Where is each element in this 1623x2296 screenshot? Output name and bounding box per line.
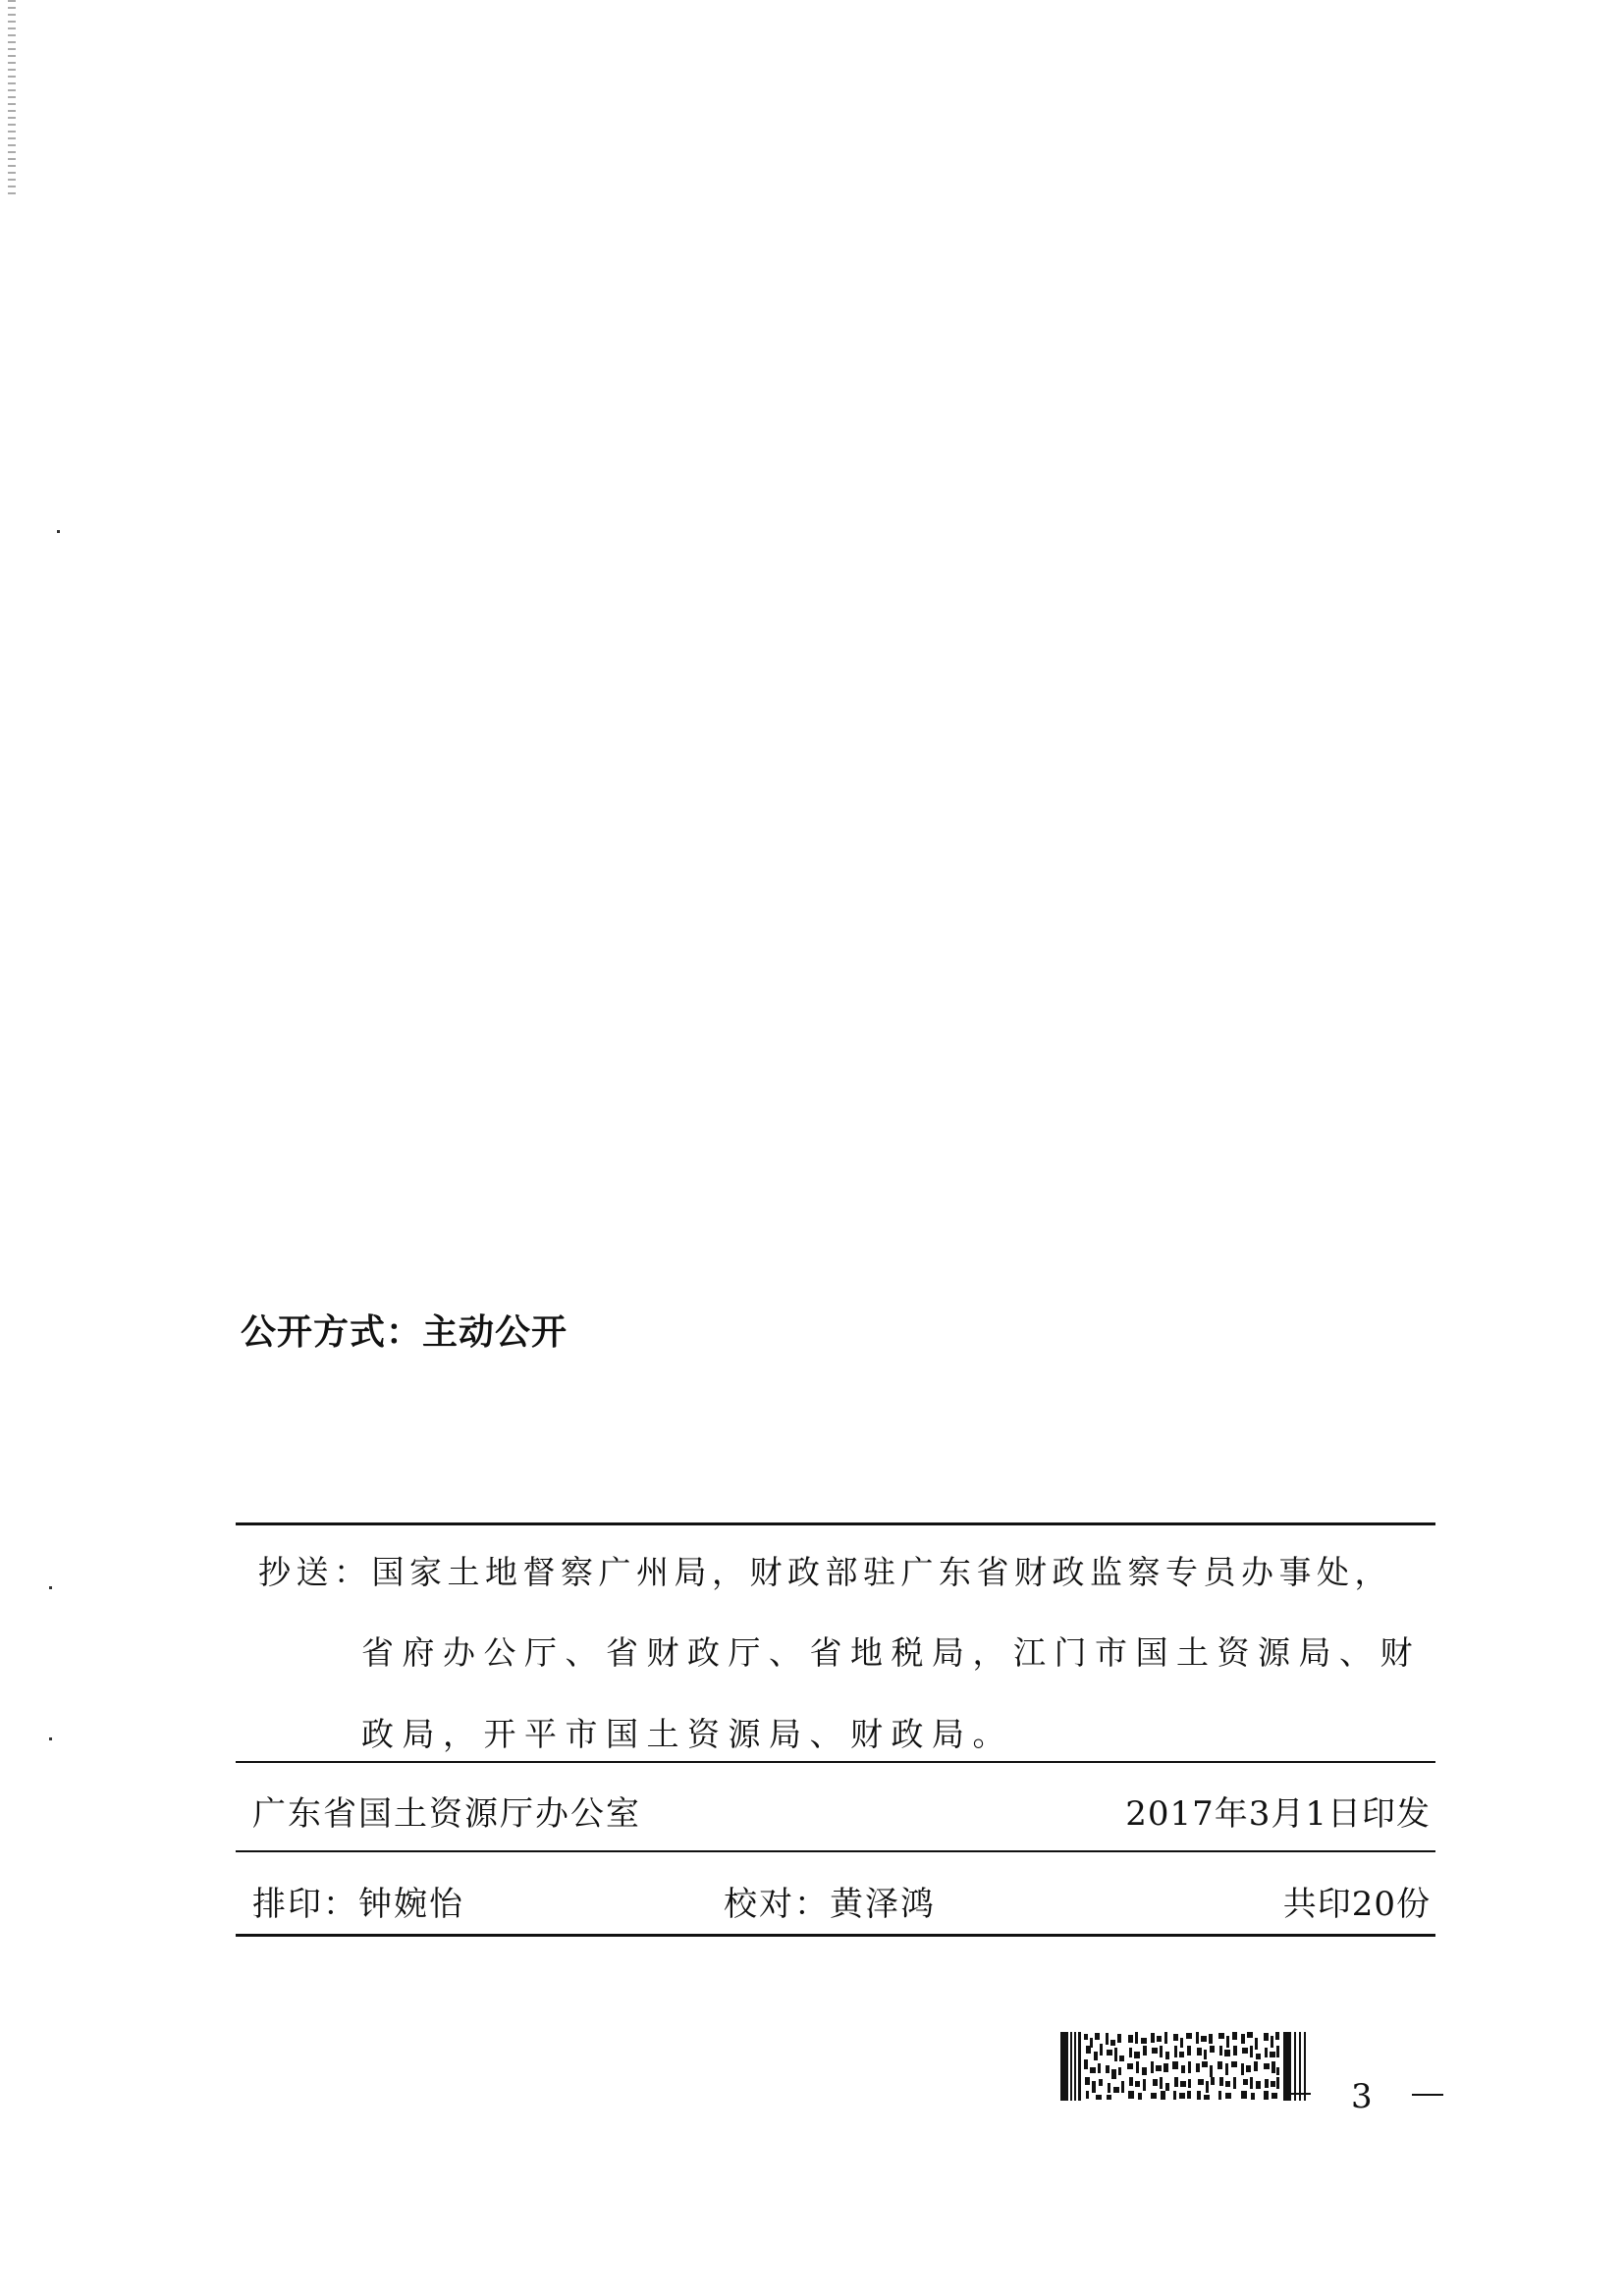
divider-cc-bottom <box>236 1761 1435 1763</box>
issuance-row: 广东省国土资源厅办公室 2017年3月1日印发 <box>252 1792 1431 1836</box>
typesetter: 排印：钟婉怡 <box>252 1883 464 1926</box>
issuing-office: 广东省国土资源厅办公室 <box>252 1792 641 1836</box>
copies-count: 共印20份 <box>1283 1883 1431 1926</box>
pdf417-barcode-icon <box>1060 2030 1311 2101</box>
page-number: 3 <box>1351 2077 1373 2116</box>
page-number-dash <box>1412 2094 1443 2096</box>
proofreader: 校对：黄泽鸿 <box>724 1883 936 1926</box>
divider-top <box>236 1522 1435 1525</box>
issue-date: 2017年3月1日印发 <box>1125 1792 1431 1836</box>
divider-issuance-bottom <box>236 1850 1435 1852</box>
cc-line-1: 抄送：国家土地督察广州局，财政部驻广东省财政监察专员办事处， <box>258 1553 1392 1592</box>
scan-edge-marks <box>8 0 16 196</box>
scan-speck <box>49 1737 52 1740</box>
divider-bottom <box>236 1934 1435 1937</box>
cc-line-2: 省府办公厅、省财政厅、省地税局，江门市国土资源局、财 <box>361 1633 1421 1673</box>
printing-row: 排印：钟婉怡 校对：黄泽鸿 共印20份 <box>252 1883 1431 1926</box>
disclosure-method: 公开方式：主动公开 <box>241 1311 568 1355</box>
cc-line-3: 政局，开平市国土资源局、财政局。 <box>361 1715 1013 1754</box>
scan-speck <box>49 1586 52 1589</box>
scan-speck <box>57 530 60 533</box>
